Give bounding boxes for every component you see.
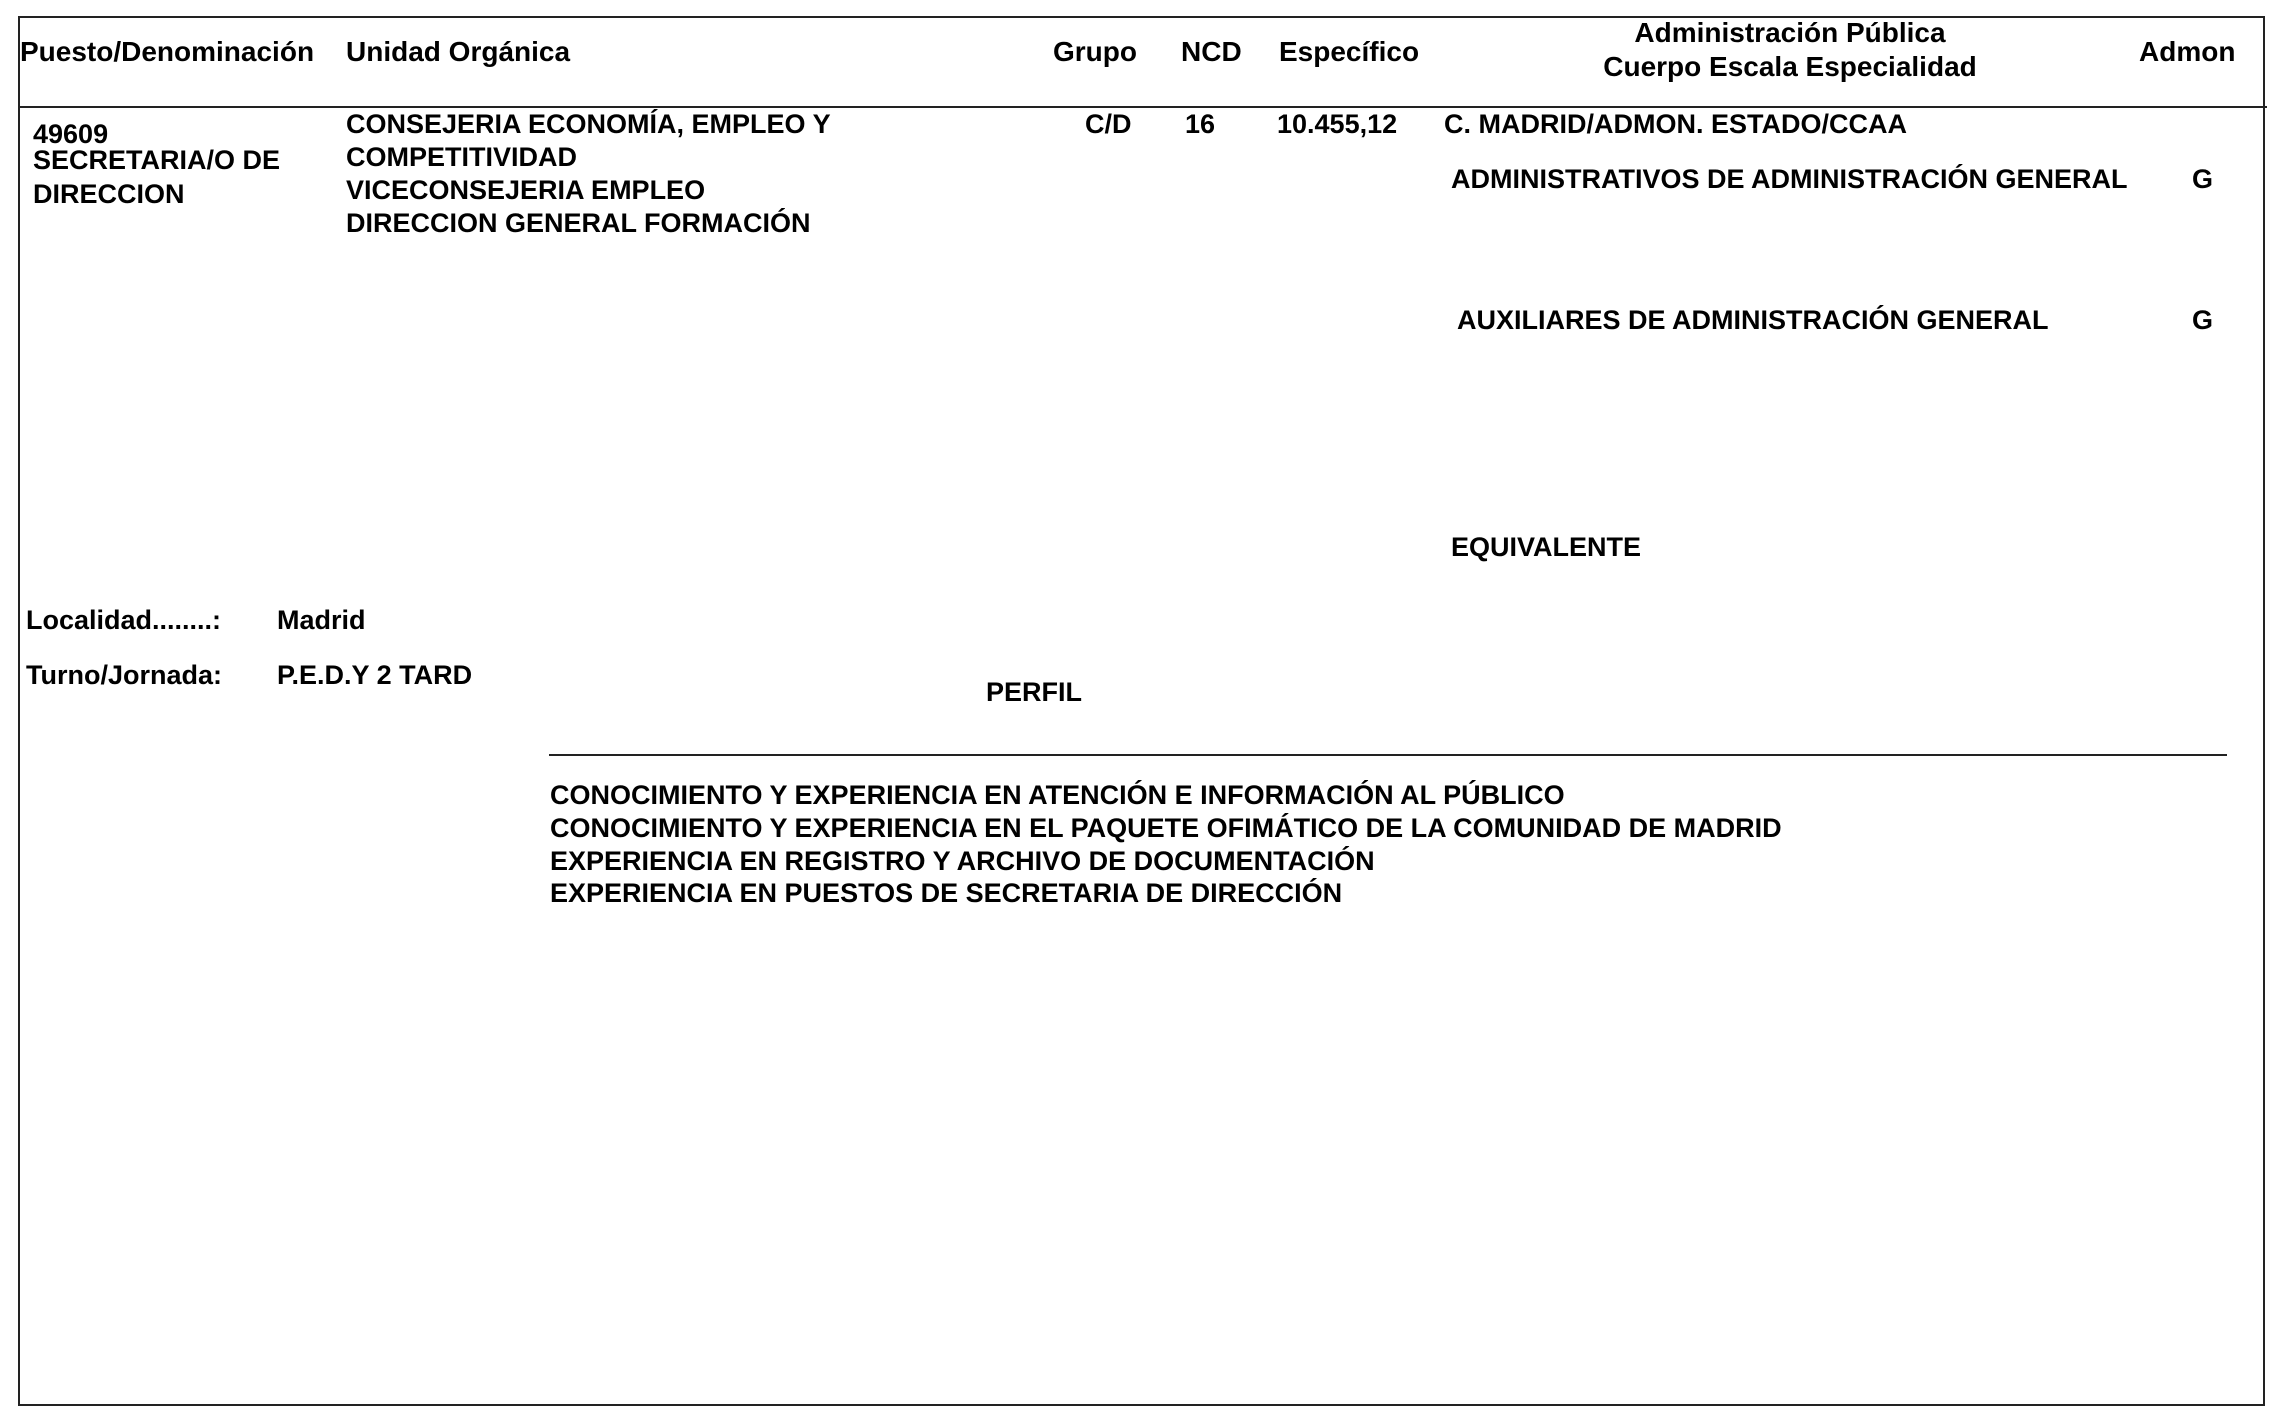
especifico-value: 10.455,12	[1277, 108, 1397, 141]
administracion-value: C. MADRID/ADMON. ESTADO/CCAA	[1444, 108, 1907, 141]
cuerpo-2-admon: G	[2192, 304, 2213, 337]
header-admon: Admon	[2139, 35, 2235, 68]
header-cuerpo-escala: Cuerpo Escala Especialidad	[1550, 50, 2030, 83]
unidad-organica-3: VICECONSEJERIA EMPLEO	[346, 174, 705, 207]
perfil-item: EXPERIENCIA EN REGISTRO Y ARCHIVO DE DOC…	[550, 845, 1375, 878]
header-admin-publica: Administración Pública	[1550, 16, 2030, 49]
perfil-divider	[549, 754, 2227, 756]
ncd-value: 16	[1185, 108, 1215, 141]
puesto-denominacion-1: SECRETARIA/O DE	[33, 144, 280, 177]
cuerpo-2: AUXILIARES DE ADMINISTRACIÓN GENERAL	[1457, 304, 2049, 337]
grupo-value: C/D	[1085, 108, 1132, 141]
unidad-organica-1: CONSEJERIA ECONOMÍA, EMPLEO Y	[346, 108, 831, 141]
turno-label: Turno/Jornada:	[26, 659, 222, 692]
header-especifico: Específico	[1279, 35, 1419, 68]
unidad-organica-4: DIRECCION GENERAL FORMACIÓN	[346, 207, 811, 240]
equivalente-label: EQUIVALENTE	[1451, 531, 1641, 564]
unidad-organica-2: COMPETITIVIDAD	[346, 141, 577, 174]
header-puesto: Puesto/Denominación	[20, 35, 314, 68]
perfil-item: EXPERIENCIA EN PUESTOS DE SECRETARIA DE …	[550, 877, 1342, 910]
header-grupo: Grupo	[1053, 35, 1137, 68]
puesto-denominacion-2: DIRECCION	[33, 178, 185, 211]
turno-value: P.E.D.Y 2 TARD	[277, 659, 472, 692]
cuerpo-1: ADMINISTRATIVOS DE ADMINISTRACIÓN GENERA…	[1451, 163, 2128, 196]
perfil-item: CONOCIMIENTO Y EXPERIENCIA EN EL PAQUETE…	[550, 812, 1782, 845]
localidad-value: Madrid	[277, 604, 366, 637]
perfil-title: PERFIL	[986, 676, 1082, 709]
header-ncd: NCD	[1181, 35, 1242, 68]
perfil-item: CONOCIMIENTO Y EXPERIENCIA EN ATENCIÓN E…	[550, 779, 1565, 812]
localidad-label: Localidad........:	[26, 604, 221, 637]
cuerpo-1-admon: G	[2192, 163, 2213, 196]
header-unidad: Unidad Orgánica	[346, 35, 570, 68]
